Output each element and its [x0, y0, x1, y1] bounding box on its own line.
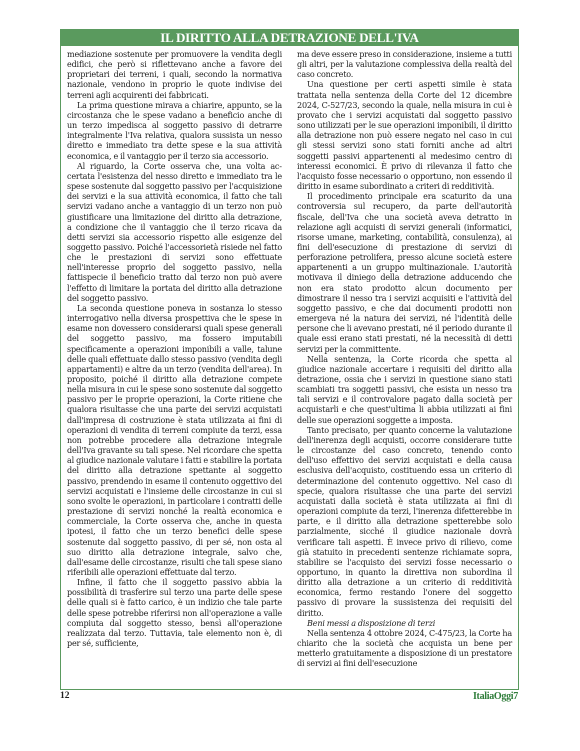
- right-column: ma deve essere preso in considerazione, …: [297, 50, 512, 685]
- page-number: 12: [60, 691, 70, 701]
- paragraph: Infine, il fatto che il soggetto passivo…: [67, 578, 282, 649]
- section-subheading: Beni messi a disposizione di terzi: [297, 619, 512, 629]
- paragraph: Al riguardo, la Corte osserva che, una v…: [67, 162, 282, 304]
- paragraph: Una questione per certi aspetti simile è…: [297, 80, 512, 192]
- paragraph: mediazione sostenute per promuovere la v…: [67, 50, 282, 101]
- paragraph: ma deve essere preso in considerazione, …: [297, 50, 512, 80]
- paragraph: La prima questione mirava a chiarire, ap…: [67, 101, 282, 162]
- article-columns: mediazione sostenute per promuovere la v…: [67, 50, 512, 685]
- paragraph: Nella sentenza 4 ottobre 2024, C-475/23,…: [297, 629, 512, 670]
- article-box: IL DIRITTO ALLA DETRAZIONE DELL'IVA medi…: [60, 29, 519, 690]
- paragraph: Nella sentenza, la Corte ricorda che spe…: [297, 355, 512, 426]
- paragraph: Tanto precisato, per quanto concerne la …: [297, 426, 512, 619]
- publication-logo: ItaliaOggi7: [473, 691, 518, 702]
- paragraph: La seconda questione poneva in sostanza …: [67, 304, 282, 578]
- paragraph: Il procedimento principale era scaturito…: [297, 192, 512, 355]
- article-title: IL DIRITTO ALLA DETRAZIONE DELL'IVA: [61, 30, 518, 46]
- left-column: mediazione sostenute per promuovere la v…: [67, 50, 282, 685]
